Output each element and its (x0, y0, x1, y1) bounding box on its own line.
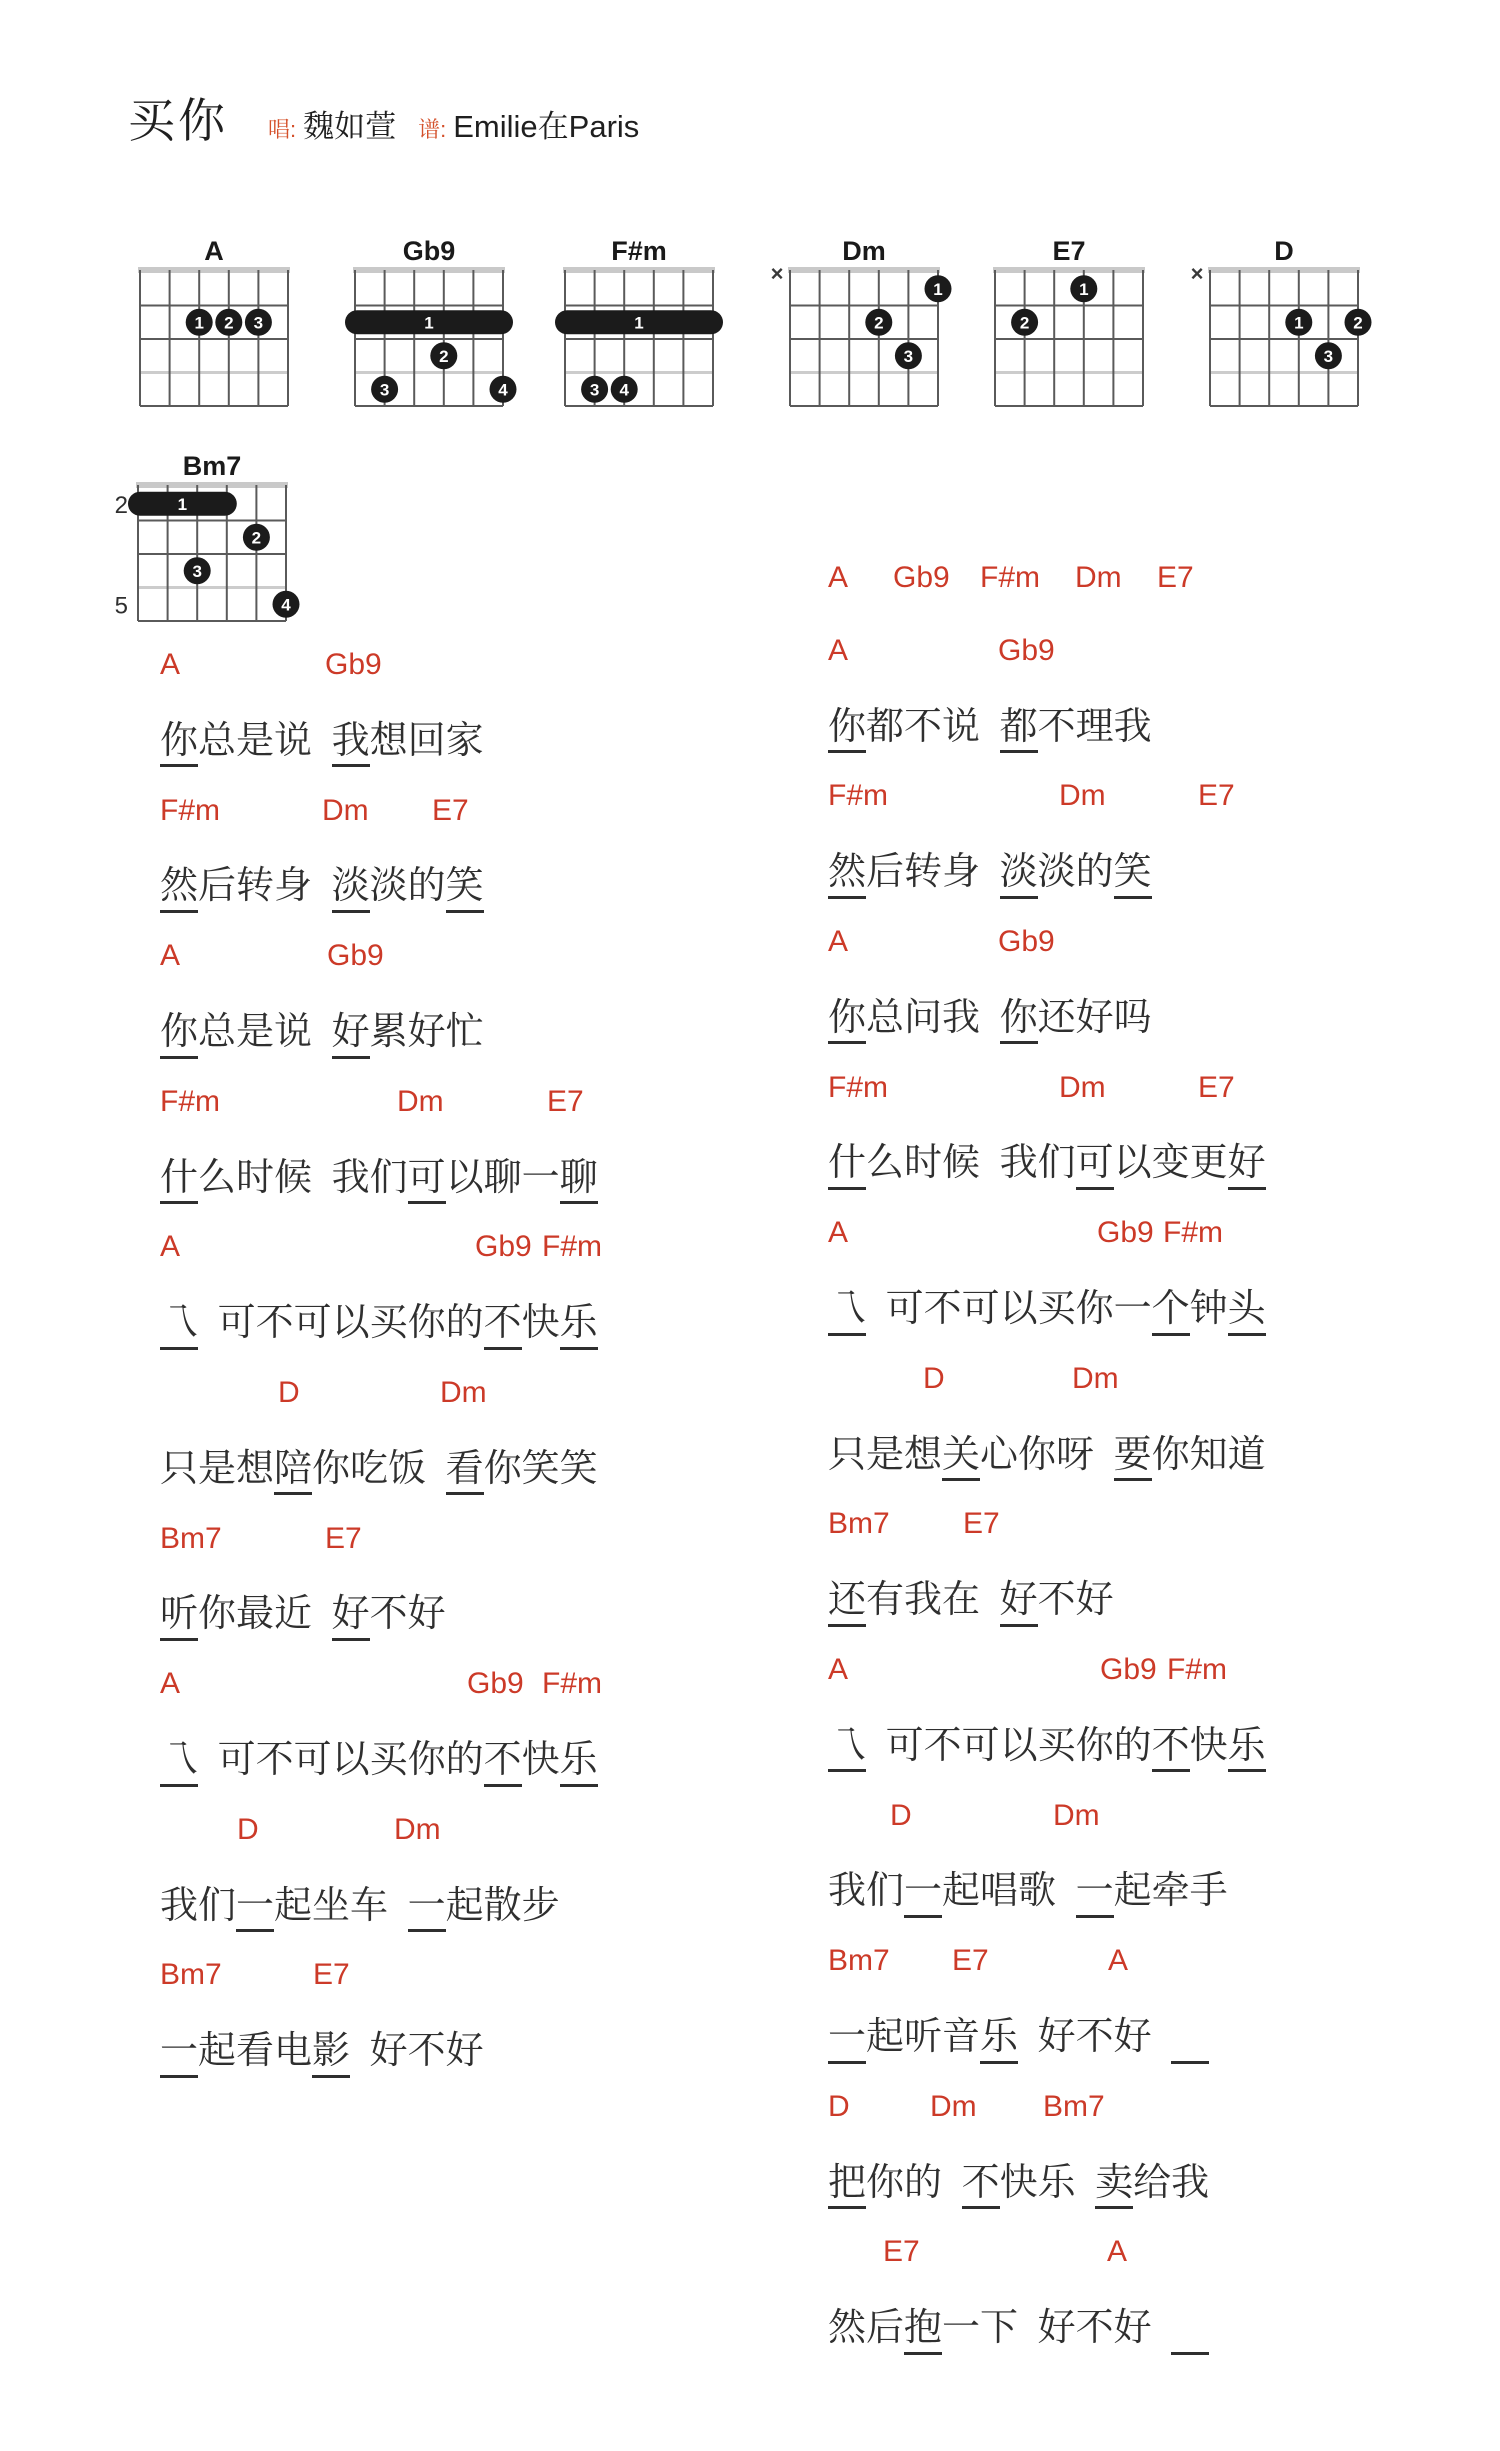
chord-label: D (923, 1362, 945, 1396)
underlined-char: 可 (408, 1157, 446, 1205)
lyric-text: 有我在 (866, 1579, 1000, 1621)
chord-label: E7 (1198, 779, 1235, 813)
chord-line: Bm7E7 (160, 1506, 598, 1579)
lyric-line: 只是想陪你吃饭 看你笑笑 (160, 1433, 598, 1506)
chord-label: F#m (828, 779, 888, 813)
nut-bar (1208, 267, 1360, 273)
finger-number: 3 (1324, 347, 1333, 366)
lyric-text: 还好吗 (1038, 997, 1152, 1039)
chord-label: A (828, 925, 848, 959)
lyric-text: 心你呀 (980, 1434, 1114, 1476)
vocal-label: 唱: (268, 113, 296, 144)
lyric-line: 听你最近 好不好 (160, 1578, 598, 1651)
underlined-char: 一 (828, 2016, 866, 2064)
chord-label: Gb9 (467, 1667, 524, 1701)
lyric-text: 然后 (828, 2307, 904, 2349)
finger-number: 3 (904, 347, 913, 366)
song-title: 买你 (128, 84, 228, 151)
lyric-text: 你知道 (1152, 1434, 1266, 1476)
underlined-char: 抱 (904, 2307, 942, 2355)
lyric-text: 以聊一 (446, 1157, 560, 1199)
lyric-text: 快 (1190, 1725, 1228, 1767)
lyric-text: 起唱歌 (942, 1870, 1076, 1912)
underlined-char: 乐 (560, 1739, 598, 1787)
lyric-text: 可不可以买你一 (866, 1288, 1152, 1330)
chord-label: F#m (980, 561, 1040, 595)
chord-line: AGb9 (160, 632, 598, 705)
chord-line: AGb9 (160, 923, 598, 996)
chord-line: AGb9F#mDmE7 (828, 545, 1266, 618)
finger-number: 1 (933, 280, 942, 299)
chord-line: Bm7E7A (828, 1928, 1266, 2001)
lyric-line: 一起看电影 好不好 (160, 2015, 598, 2088)
nut-bar (993, 267, 1145, 273)
finger-number: 2 (1020, 313, 1029, 332)
lyric-line: 然后抱一下 好不好 (828, 2292, 1266, 2365)
lyric-text: 只是想 (160, 1448, 274, 1490)
underlined-char (1171, 2016, 1209, 2064)
lyric-text: 我们 (828, 1870, 904, 1912)
lyric-line: 乁 可不可以买你的不快乐 (160, 1724, 598, 1797)
finger-number: 4 (619, 380, 629, 399)
underlined-char: 聊 (560, 1157, 598, 1205)
lyric-line: 只是想关心你呀 要你知道 (828, 1419, 1266, 1492)
underlined-char: 看 (446, 1448, 484, 1496)
chord-line: AGb9F#m (160, 1651, 598, 1724)
underlined-char: 乁 (160, 1739, 198, 1787)
chord-label: D (890, 1799, 912, 1833)
chord-diagram-E7: E712 (959, 230, 1171, 426)
chord-diagram-F#m: F#m134 (529, 230, 741, 426)
lyric-text: 淡的 (1038, 851, 1114, 893)
chord-label: E7 (963, 1507, 1000, 1541)
muted-string-icon: × (1191, 261, 1204, 286)
nut-bar (138, 267, 290, 273)
chord-label: A (160, 1230, 180, 1264)
chord-diagram-D: D×123 (1174, 230, 1386, 426)
lyric-text: 后转身 (866, 851, 1000, 893)
underlined-char: 都 (1000, 706, 1038, 754)
finger-number: 1 (1079, 280, 1088, 299)
chord-label: Dm (1059, 779, 1106, 813)
underlined-char: 还 (828, 1579, 866, 1627)
finger-number: 4 (281, 595, 291, 614)
chord-line: AGb9 (828, 909, 1266, 982)
underlined-char: 陪 (274, 1448, 312, 1496)
lyric-text: 可不可以买你的 (198, 1739, 484, 1781)
chord-line: F#mDmE7 (828, 763, 1266, 836)
chord-line: AGb9F#m (828, 1200, 1266, 1273)
underlined-char: 淡 (1000, 851, 1038, 899)
chord-label: Gb9 (1097, 1216, 1154, 1250)
lyrics-column-1: AGb9你总是说 我想回家F#mDmE7然后转身 淡淡的笑AGb9你总是说 好累… (160, 632, 598, 2088)
lyric-line: 什么时候 我们可以变更好 (828, 1127, 1266, 1200)
underlined-char: 你 (160, 720, 198, 768)
underlined-char: 你 (828, 997, 866, 1045)
finger-number: 3 (380, 380, 389, 399)
chord-diagram-name: Gb9 (403, 236, 456, 266)
lyric-line: 你总是说 我想回家 (160, 705, 598, 778)
lyric-line: 你都不说 都不理我 (828, 691, 1266, 764)
lyric-line: 然后转身 淡淡的笑 (160, 850, 598, 923)
lyric-line: 你总是说 好累好忙 (160, 996, 598, 1069)
underlined-char: 不 (962, 2162, 1000, 2210)
lyric-text: 总是说 (198, 1011, 332, 1053)
lyric-text: 不好 (1038, 1579, 1114, 1621)
underlined-char: 笑 (1114, 851, 1152, 899)
underlined-char: 什 (828, 1142, 866, 1190)
lyric-text: 你笑笑 (484, 1448, 598, 1490)
chord-label: E7 (313, 1958, 350, 1992)
barre-finger-number: 1 (178, 495, 187, 514)
lyric-text: 想回家 (370, 720, 484, 762)
chord-label: E7 (952, 1944, 989, 1978)
chord-line: DDm (160, 1797, 598, 1870)
chord-diagram-Dm: Dm×123 (754, 230, 966, 426)
chord-line: E7A (828, 2219, 1266, 2292)
lyric-text: 不好 (370, 1593, 446, 1635)
lyric-text: 起坐车 (274, 1885, 408, 1927)
chord-diagram-name: Dm (842, 236, 886, 266)
underlined-char: 乁 (160, 1302, 198, 1350)
chord-label: Gb9 (998, 634, 1055, 668)
lyric-text: 可不可以买你的 (866, 1725, 1152, 1767)
finger-number: 1 (1294, 313, 1303, 332)
underlined-char: 关 (942, 1434, 980, 1482)
chord-label: A (828, 1216, 848, 1250)
finger-number: 4 (498, 380, 508, 399)
underlined-char: 头 (1228, 1288, 1266, 1336)
lyric-line: 我们一起坐车 一起散步 (160, 1870, 598, 1943)
chord-label: Bm7 (160, 1522, 222, 1556)
finger-number: 3 (590, 380, 599, 399)
chord-label: D (237, 1813, 259, 1847)
lyric-text: 好不好 (1018, 2016, 1171, 2058)
underlined-char: 一 (236, 1885, 274, 1933)
finger-number: 3 (254, 313, 263, 332)
lyric-line: 一起听音乐 好不好 (828, 2001, 1266, 2074)
lyric-text: 只是想 (828, 1434, 942, 1476)
chord-diagram-name: A (204, 236, 224, 266)
underlined-char: 然 (828, 851, 866, 899)
chord-label: F#m (542, 1667, 602, 1701)
lyric-line: 什么时候 我们可以聊一聊 (160, 1142, 598, 1215)
chord-diagram-Bm7: Bm7251234 (102, 445, 314, 641)
chord-label: Dm (1053, 1799, 1100, 1833)
chord-line: F#mDmE7 (160, 778, 598, 851)
chord-label: Dm (930, 2090, 977, 2124)
nut-bar (563, 267, 715, 273)
chord-line: DDmBm7 (828, 2074, 1266, 2147)
underlined-char: 乐 (980, 2016, 1018, 2064)
chord-label: D (828, 2090, 850, 2124)
lyric-text: 给我 (1133, 2162, 1209, 2204)
lyric-text: 以变更 (1114, 1142, 1228, 1184)
underlined-char: 你 (1000, 997, 1038, 1045)
header: 买你 唱: 魏如萱 谱: Emilie在Paris (128, 84, 661, 151)
lyric-text: 总是说 (198, 720, 332, 762)
chord-label: Gb9 (475, 1230, 532, 1264)
lyric-text: 你的 (866, 2162, 962, 2204)
chord-diagram-name: F#m (611, 236, 667, 266)
nut-bar (136, 482, 288, 488)
tab-label: 谱: (418, 113, 446, 144)
finger-number: 2 (439, 347, 448, 366)
chord-label: F#m (160, 1085, 220, 1119)
lyric-text: 总问我 (866, 997, 1000, 1039)
chord-label: E7 (1198, 1071, 1235, 1105)
chord-label: E7 (432, 794, 469, 828)
lyric-line: 还有我在 好不好 (828, 1564, 1266, 1637)
lyric-line: 乁 可不可以买你的不快乐 (160, 1287, 598, 1360)
chord-label: Bm7 (160, 1958, 222, 1992)
chord-label: A (1107, 2235, 1127, 2269)
chord-label: A (160, 648, 180, 682)
nut-bar (788, 267, 940, 273)
underlined-char: 不 (484, 1739, 522, 1787)
chord-label: Dm (394, 1813, 441, 1847)
underlined-char: 你 (828, 706, 866, 754)
underlined-char: 我 (332, 720, 370, 768)
chord-label: A (160, 939, 180, 973)
muted-string-icon: × (771, 261, 784, 286)
underlined-char: 乁 (828, 1288, 866, 1336)
lyric-text: 么时候 我们 (198, 1157, 408, 1199)
chord-line: Bm7E7 (160, 1942, 598, 2015)
lyric-text: 不理我 (1038, 706, 1152, 748)
chord-line: DDm (828, 1346, 1266, 1419)
lyric-text: 你吃饭 (312, 1448, 446, 1490)
lyric-text: 快 (522, 1302, 560, 1344)
chord-label: Bm7 (828, 1944, 890, 1978)
underlined-char: 影 (312, 2030, 350, 2078)
underlined-char: 不 (484, 1302, 522, 1350)
chord-label: A (828, 561, 848, 595)
chord-label: F#m (828, 1071, 888, 1105)
chord-label: D (278, 1376, 300, 1410)
lyric-text: 快 (522, 1739, 560, 1781)
underlined-char: 乁 (828, 1725, 866, 1773)
chord-line: DDm (828, 1783, 1266, 1856)
lyric-text: 好不好 (350, 2030, 484, 2072)
finger-number: 2 (224, 313, 233, 332)
lyric-line: 乁 可不可以买你一个钟头 (828, 1273, 1266, 1346)
chord-diagram-Gb9: Gb91234 (319, 230, 531, 426)
underlined-char: 什 (160, 1157, 198, 1205)
chord-label: A (828, 634, 848, 668)
chord-label: E7 (547, 1085, 584, 1119)
finger-number: 2 (252, 528, 261, 547)
chord-label: Dm (1072, 1362, 1119, 1396)
chord-line: Bm7E7 (828, 1491, 1266, 1564)
lyric-line: 乁 可不可以买你的不快乐 (828, 1710, 1266, 1783)
chord-label: Dm (1075, 561, 1122, 595)
lyric-text: 都不说 (866, 706, 1000, 748)
lyric-text: 我们 (160, 1885, 236, 1927)
chord-label: Dm (397, 1085, 444, 1119)
lyric-line: 把你的 不快乐 卖给我 (828, 2147, 1266, 2220)
underlined-char: 乐 (560, 1302, 598, 1350)
chord-label: Dm (1059, 1071, 1106, 1105)
fret-number-label: 5 (115, 592, 128, 619)
underlined-char: 好 (1228, 1142, 1266, 1190)
lyric-text: 快乐 (1000, 2162, 1096, 2204)
underlined-char: 然 (160, 865, 198, 913)
chord-label: A (160, 1667, 180, 1701)
underlined-char: 不 (1152, 1725, 1190, 1773)
chord-label: Gb9 (327, 939, 384, 973)
lyric-text: 累好忙 (370, 1011, 484, 1053)
chord-label: Dm (440, 1376, 487, 1410)
chord-line: DDm (160, 1360, 598, 1433)
chord-label: Gb9 (893, 561, 950, 595)
chord-diagram-name: D (1274, 236, 1294, 266)
chord-label: Gb9 (325, 648, 382, 682)
underlined-char: 好 (332, 1593, 370, 1641)
lyric-text: 起牵手 (1114, 1870, 1228, 1912)
chord-line: AGb9F#m (160, 1214, 598, 1287)
chord-label: Gb9 (1100, 1653, 1157, 1687)
chord-label: F#m (542, 1230, 602, 1264)
underlined-char: 好 (332, 1011, 370, 1059)
lyrics-column-2: AGb9F#mDmE7AGb9你都不说 都不理我F#mDmE7然后转身 淡淡的笑… (828, 545, 1266, 2365)
underlined-char (1171, 2307, 1209, 2355)
chord-diagram-name: Bm7 (183, 451, 242, 481)
underlined-char: 乐 (1228, 1725, 1266, 1773)
lyric-text: 么时候 我们 (866, 1142, 1076, 1184)
chord-line: F#mDmE7 (828, 1055, 1266, 1128)
chord-label: E7 (1157, 561, 1194, 595)
chord-line: AGb9 (828, 618, 1266, 691)
finger-number: 1 (194, 313, 203, 332)
chord-line: F#mDmE7 (160, 1069, 598, 1142)
underlined-char: 好 (1000, 1579, 1038, 1627)
underlined-char: 听 (160, 1593, 198, 1641)
tab-author: Emilie在Paris (453, 101, 639, 146)
nut-bar (353, 267, 505, 273)
underlined-char: 把 (828, 2162, 866, 2210)
finger-number: 3 (192, 562, 201, 581)
barre-finger-number: 1 (634, 313, 643, 332)
lyric-text: 起散步 (446, 1885, 560, 1927)
lyric-text: 淡的 (370, 865, 446, 907)
chord-label: E7 (325, 1522, 362, 1556)
vocal-name: 魏如萱 (303, 101, 396, 146)
underlined-char: 一 (160, 2030, 198, 2078)
chord-label: A (828, 1653, 848, 1687)
chord-label: Bm7 (1043, 2090, 1105, 2124)
finger-number: 2 (874, 313, 883, 332)
lyric-line: 然后转身 淡淡的笑 (828, 836, 1266, 909)
lyric-text: 起看电 (198, 2030, 312, 2072)
chord-label: F#m (160, 794, 220, 828)
underlined-char: 你 (160, 1011, 198, 1059)
chord-label: Bm7 (828, 1507, 890, 1541)
chord-diagram-name: E7 (1052, 236, 1085, 266)
underlined-char: 笑 (446, 865, 484, 913)
underlined-char: 淡 (332, 865, 370, 913)
chord-label: Dm (322, 794, 369, 828)
lyric-line: 我们一起唱歌 一起牵手 (828, 1855, 1266, 1928)
lyric-text: 后转身 (198, 865, 332, 907)
underlined-char: 一 (1076, 1870, 1114, 1918)
chord-label: F#m (1167, 1653, 1227, 1687)
underlined-char: 一 (408, 1885, 446, 1933)
underlined-char: 要 (1114, 1434, 1152, 1482)
chord-label: A (1108, 1944, 1128, 1978)
underlined-char: 可 (1076, 1142, 1114, 1190)
finger-number: 2 (1353, 313, 1362, 332)
lyric-text: 一下 好不好 (942, 2307, 1171, 2349)
chord-line: AGb9F#m (828, 1637, 1266, 1710)
lyric-text: 钟 (1190, 1288, 1228, 1330)
barre-finger-number: 1 (424, 313, 433, 332)
underlined-char: 一 (904, 1870, 942, 1918)
lyric-line: 你总问我 你还好吗 (828, 982, 1266, 1055)
chord-label: F#m (1163, 1216, 1223, 1250)
chord-label: Gb9 (998, 925, 1055, 959)
fret-number-label: 2 (115, 492, 128, 519)
lyric-text: 你最近 (198, 1593, 332, 1635)
chord-label: E7 (883, 2235, 920, 2269)
underlined-char: 卖 (1095, 2162, 1133, 2210)
lyric-text: 可不可以买你的 (198, 1302, 484, 1344)
underlined-char: 个 (1152, 1288, 1190, 1336)
lyric-text: 起听音 (866, 2016, 980, 2058)
chord-diagram-A: A123 (104, 230, 316, 426)
